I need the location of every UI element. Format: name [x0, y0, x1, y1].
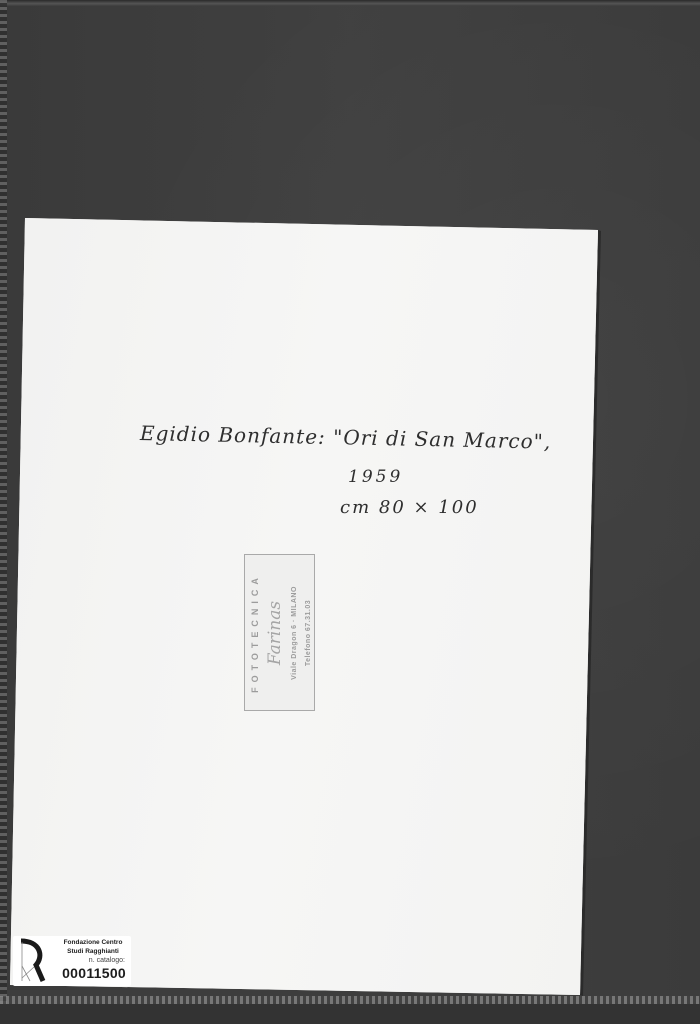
label-org-line2: Studi Ragghianti	[47, 947, 129, 956]
photographer-stamp: FOTOTECNICA Farinas Viale Dragon 6 · MIL…	[244, 554, 315, 711]
stamp-phone: Telefono 67.31.03	[304, 599, 311, 665]
catalog-label: Fondazione Centro Studi Ragghianti n. ca…	[13, 936, 131, 986]
stamp-studio-name: Farinas	[267, 600, 283, 664]
sleeve-top-edge	[0, 0, 700, 6]
sleeve-perforated-left-edge	[0, 0, 7, 1024]
stamp-company: FOTOTECNICA	[250, 573, 260, 693]
stamp-address: Viale Dragon 6 · MILANO	[290, 586, 297, 680]
label-catalog-caption: n. catalogo:	[47, 956, 129, 965]
handwritten-year: 1959	[348, 467, 403, 487]
label-org-line1: Fondazione Centro	[47, 938, 129, 947]
scanner-bottom-margin	[0, 1004, 700, 1024]
sleeve-perforated-bottom-edge	[0, 996, 700, 1004]
handwritten-dimensions: cm 80 × 100	[340, 497, 479, 518]
stamp-text-block: FOTOTECNICA Farinas Viale Dragon 6 · MIL…	[248, 558, 312, 708]
label-catalog-number: 00011500	[47, 965, 129, 981]
catalog-label-text: Fondazione Centro Studi Ragghianti n. ca…	[47, 938, 129, 981]
ragghianti-r-logo-icon	[18, 938, 46, 984]
